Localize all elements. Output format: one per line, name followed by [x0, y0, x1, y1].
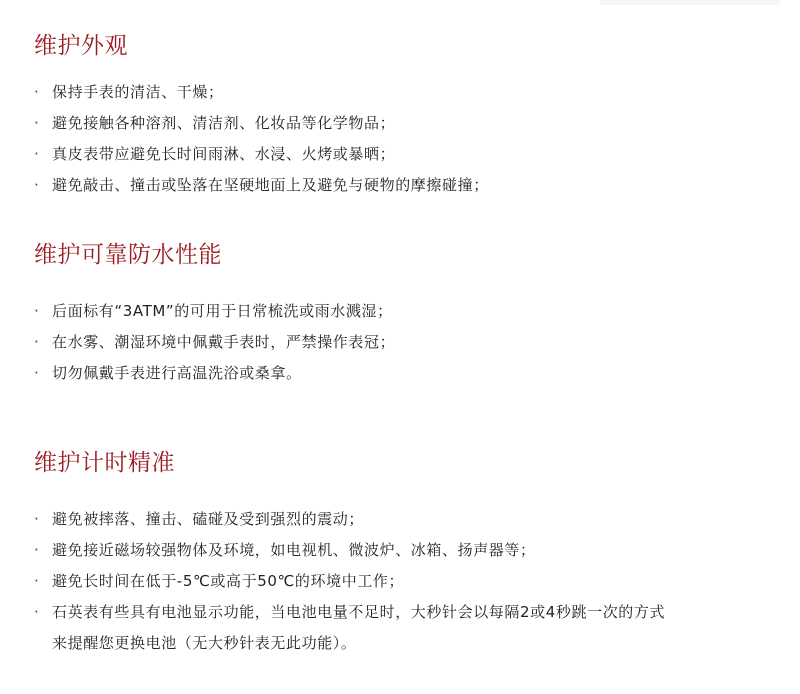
section-title: 维护可靠防水性能 [34, 240, 395, 270]
section-appearance: 维护外观 ·保持手表的清洁、干燥； ·避免接触各种溶剂、清洁剂、化妆品等化学物品… [34, 31, 489, 201]
bullet-icon: · [34, 566, 39, 597]
section-title: 维护外观 [34, 31, 489, 61]
top-decorative-strip [600, 0, 780, 5]
list-item: ·避免接触各种溶剂、清洁剂、化妆品等化学物品； [34, 108, 489, 139]
list-item: ·真皮表带应避免长时间雨淋、水浸、火烤或暴晒； [34, 139, 489, 170]
bullet-icon: · [34, 170, 39, 201]
bullet-icon: · [34, 108, 39, 139]
bullet-icon: · [34, 597, 39, 628]
bullet-icon: · [34, 139, 39, 170]
section-waterproof: 维护可靠防水性能 ·后面标有“3ATM”的可用于日常梳洗或雨水溅湿； ·在水雾、… [34, 240, 395, 389]
care-list: ·后面标有“3ATM”的可用于日常梳洗或雨水溅湿； ·在水雾、潮湿环境中佩戴手表… [34, 296, 395, 389]
list-item: ·避免被摔落、撞击、磕碰及受到强烈的震动； [34, 504, 672, 535]
list-item: ·在水雾、潮湿环境中佩戴手表时，严禁操作表冠； [34, 327, 395, 358]
section-title: 维护计时精准 [34, 448, 672, 478]
bullet-icon: · [34, 535, 39, 566]
list-item: ·后面标有“3ATM”的可用于日常梳洗或雨水溅湿； [34, 296, 395, 327]
list-item: ·保持手表的清洁、干燥； [34, 77, 489, 108]
list-item: ·石英表有些具有电池显示功能，当电池电量不足时，大秒针会以每隔2或4秒跳一次的方… [34, 597, 672, 659]
bullet-icon: · [34, 296, 39, 327]
list-item: ·避免长时间在低于-5℃或高于50℃的环境中工作； [34, 566, 672, 597]
bullet-icon: · [34, 504, 39, 535]
care-list: ·保持手表的清洁、干燥； ·避免接触各种溶剂、清洁剂、化妆品等化学物品； ·真皮… [34, 77, 489, 201]
bullet-icon: · [34, 327, 39, 358]
list-item: ·切勿佩戴手表进行高温洗浴或桑拿。 [34, 358, 395, 389]
list-item: ·避免接近磁场较强物体及环境，如电视机、微波炉、冰箱、扬声器等； [34, 535, 672, 566]
section-timekeeping: 维护计时精准 ·避免被摔落、撞击、磕碰及受到强烈的震动； ·避免接近磁场较强物体… [34, 448, 672, 659]
bullet-icon: · [34, 358, 39, 389]
bullet-icon: · [34, 77, 39, 108]
list-item: ·避免敲击、撞击或坠落在坚硬地面上及避免与硬物的摩擦碰撞； [34, 170, 489, 201]
care-list: ·避免被摔落、撞击、磕碰及受到强烈的震动； ·避免接近磁场较强物体及环境，如电视… [34, 504, 672, 659]
